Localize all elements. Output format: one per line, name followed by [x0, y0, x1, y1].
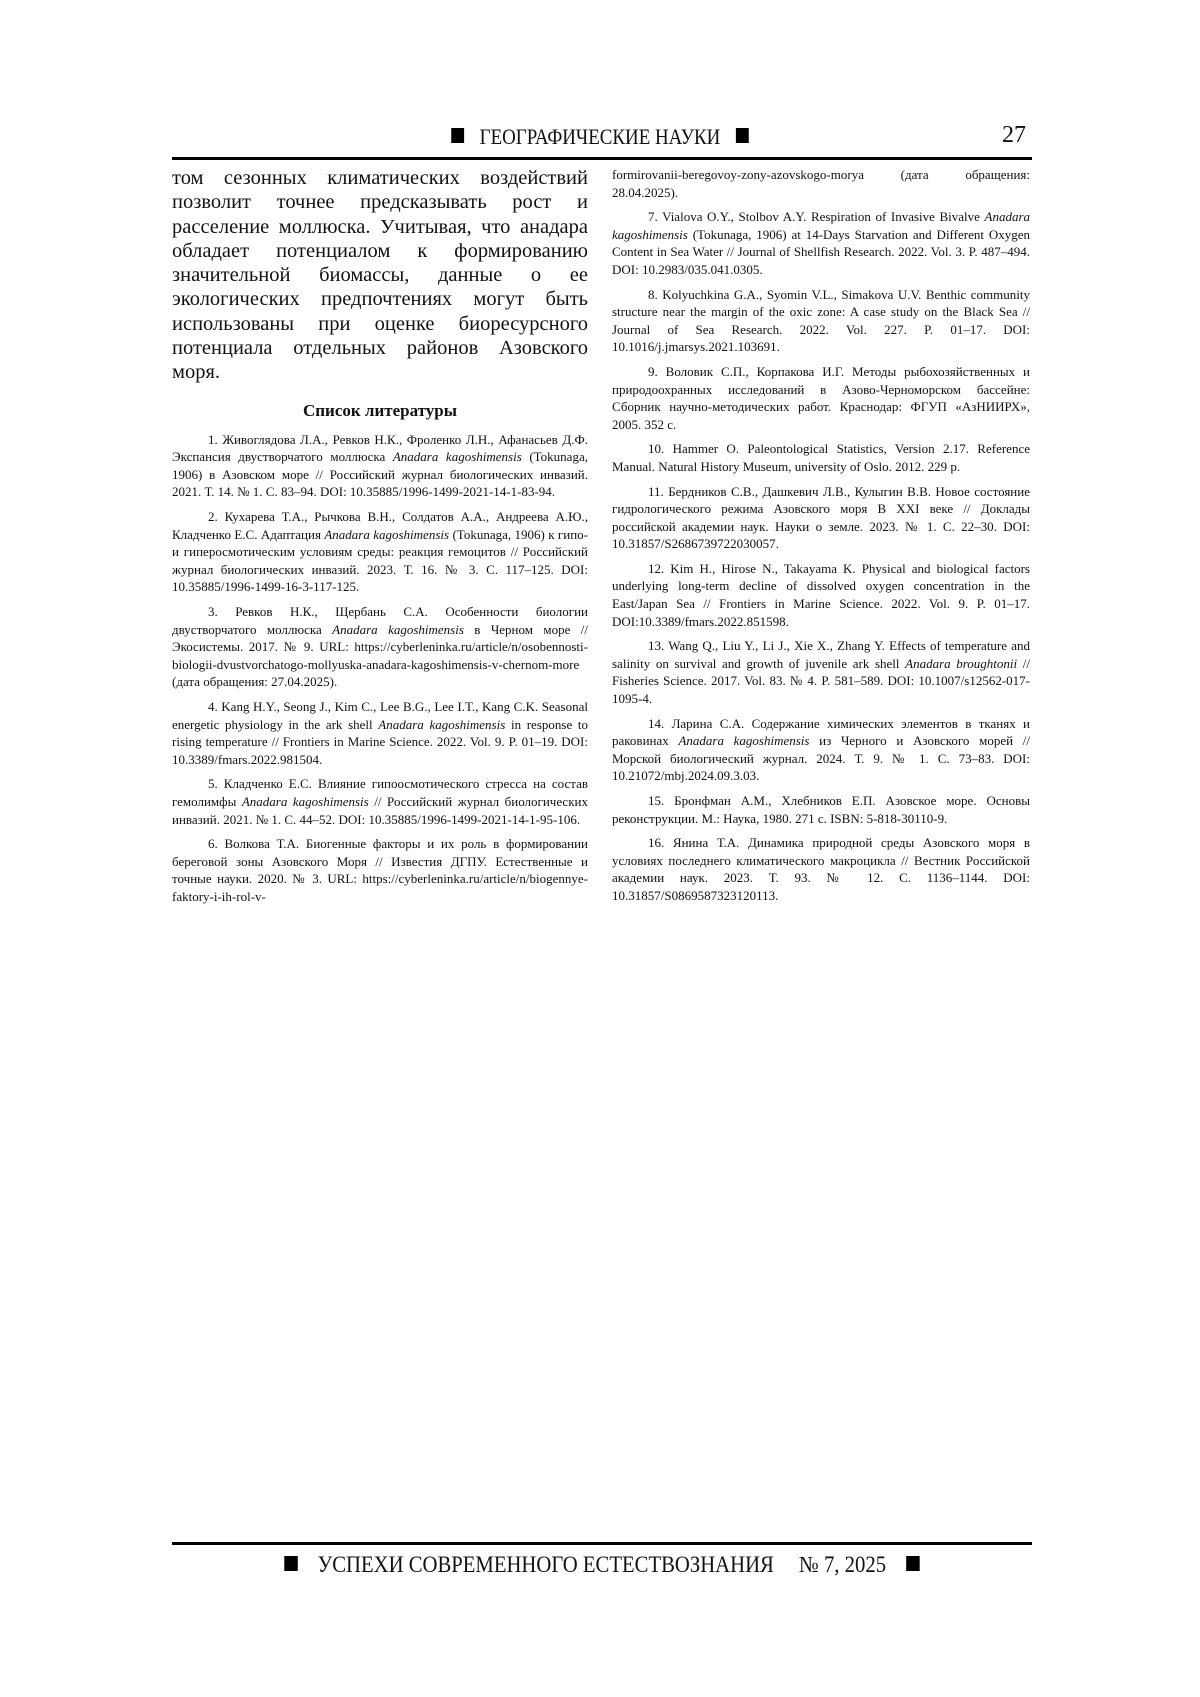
- section-title: ГЕОГРАФИЧЕСКИЕ НАУКИ: [480, 124, 721, 149]
- reference-item: 4. Kang H.Y., Seong J., Kim C., Lee B.G.…: [172, 698, 588, 768]
- references-list-right: formirovanii-beregovoy-zony-azovskogo-mo…: [612, 166, 1030, 905]
- reference-text: 11. Бердников С.В., Дашкевич Л.В., Кулыг…: [612, 484, 1030, 552]
- species-name: Anadara kagoshimensis: [324, 527, 449, 542]
- reference-item: 10. Hammer O. Paleontological Statistics…: [612, 440, 1030, 475]
- references-heading: Список литературы: [172, 401, 588, 421]
- reference-item: 15. Бронфман А.М., Хлебников Е.П. Азовск…: [612, 792, 1030, 827]
- reference-item: 3. Ревков Н.К., Щербань С.А. Особенности…: [172, 603, 588, 691]
- reference-text: 10. Hammer O. Paleontological Statistics…: [612, 441, 1030, 474]
- issue-number: № 7, 2025: [799, 1552, 886, 1577]
- reference-item: 9. Воловик С.П., Корпакова И.Г. Методы р…: [612, 363, 1030, 433]
- right-column: formirovanii-beregovoy-zony-azovskogo-mo…: [612, 166, 1030, 912]
- species-name: Anadara kagoshimensis: [332, 622, 464, 637]
- reference-text: 7. Vialova O.Y., Stolbov A.Y. Respiratio…: [648, 209, 985, 224]
- species-name: Anadara kagoshimensis: [393, 449, 522, 464]
- species-name: Anadara broughtonii: [905, 656, 1017, 671]
- reference-text: 16. Янина Т.А. Динамика природной среды …: [612, 835, 1030, 903]
- page-number: 27: [1002, 122, 1026, 149]
- journal-name: УСПЕХИ СОВРЕМЕННОГО ЕСТЕСТВОЗНАНИЯ: [318, 1552, 774, 1577]
- section-heading: ГЕОГРАФИЧЕСКИЕ НАУКИ: [232, 124, 968, 150]
- closing-paragraph: том сезонных климатических воздействий п…: [172, 166, 588, 385]
- reference-text: 6. Волкова Т.А. Биогенные факторы и их р…: [172, 836, 588, 904]
- species-name: Anadara kagoshimensis: [678, 733, 809, 748]
- reference-item: 6. Волкова Т.А. Биогенные факторы и их р…: [172, 835, 588, 905]
- square-bullet-icon: [284, 1556, 298, 1571]
- reference-item: 5. Кладченко Е.С. Влияние гипоосмотическ…: [172, 775, 588, 828]
- reference-text: 15. Бронфман А.М., Хлебников Е.П. Азовск…: [612, 793, 1030, 826]
- footer-divider: [172, 1542, 1032, 1545]
- reference-item: 7. Vialova O.Y., Stolbov A.Y. Respiratio…: [612, 208, 1030, 278]
- species-name: Anadara kagoshimensis: [242, 794, 369, 809]
- reference-item: 12. Kim H., Hirose N., Takayama K. Physi…: [612, 560, 1030, 630]
- left-column: том сезонных климатических воздействий п…: [172, 166, 588, 913]
- header-divider: [172, 157, 1032, 160]
- reference-text: 12. Kim H., Hirose N., Takayama K. Physi…: [612, 561, 1030, 629]
- reference-item: 1. Живоглядова Л.А., Ревков Н.К., Фролен…: [172, 431, 588, 501]
- running-footer: УСПЕХИ СОВРЕМЕННОГО ЕСТЕСТВОЗНАНИЯ№ 7, 2…: [172, 1552, 1032, 1578]
- reference-item: 11. Бердников С.В., Дашкевич Л.В., Кулыг…: [612, 483, 1030, 553]
- reference-item-continued: formirovanii-beregovoy-zony-azovskogo-mo…: [612, 166, 1030, 201]
- reference-item: 14. Ларина С.А. Содержание химических эл…: [612, 715, 1030, 785]
- references-list-left: 1. Живоглядова Л.А., Ревков Н.К., Фролен…: [172, 431, 588, 906]
- reference-item: 2. Кухарева Т.А., Рычкова В.Н., Солдатов…: [172, 508, 588, 596]
- journal-page: ГЕОГРАФИЧЕСКИЕ НАУКИ 27 том сезонных кли…: [0, 0, 1200, 1697]
- reference-item: 16. Янина Т.А. Динамика природной среды …: [612, 834, 1030, 904]
- square-bullet-icon: [736, 128, 749, 143]
- square-bullet-icon: [451, 128, 464, 143]
- square-bullet-icon: [906, 1556, 920, 1571]
- reference-item: 13. Wang Q., Liu Y., Li J., Xie X., Zhan…: [612, 637, 1030, 707]
- species-name: Anadara kagoshimensis: [378, 717, 505, 732]
- reference-text: 8. Kolyuchkina G.A., Syomin V.L., Simako…: [612, 287, 1030, 355]
- reference-text: 9. Воловик С.П., Корпакова И.Г. Методы р…: [612, 364, 1030, 432]
- reference-item: 8. Kolyuchkina G.A., Syomin V.L., Simako…: [612, 286, 1030, 356]
- running-header: ГЕОГРАФИЧЕСКИЕ НАУКИ 27: [172, 120, 1028, 160]
